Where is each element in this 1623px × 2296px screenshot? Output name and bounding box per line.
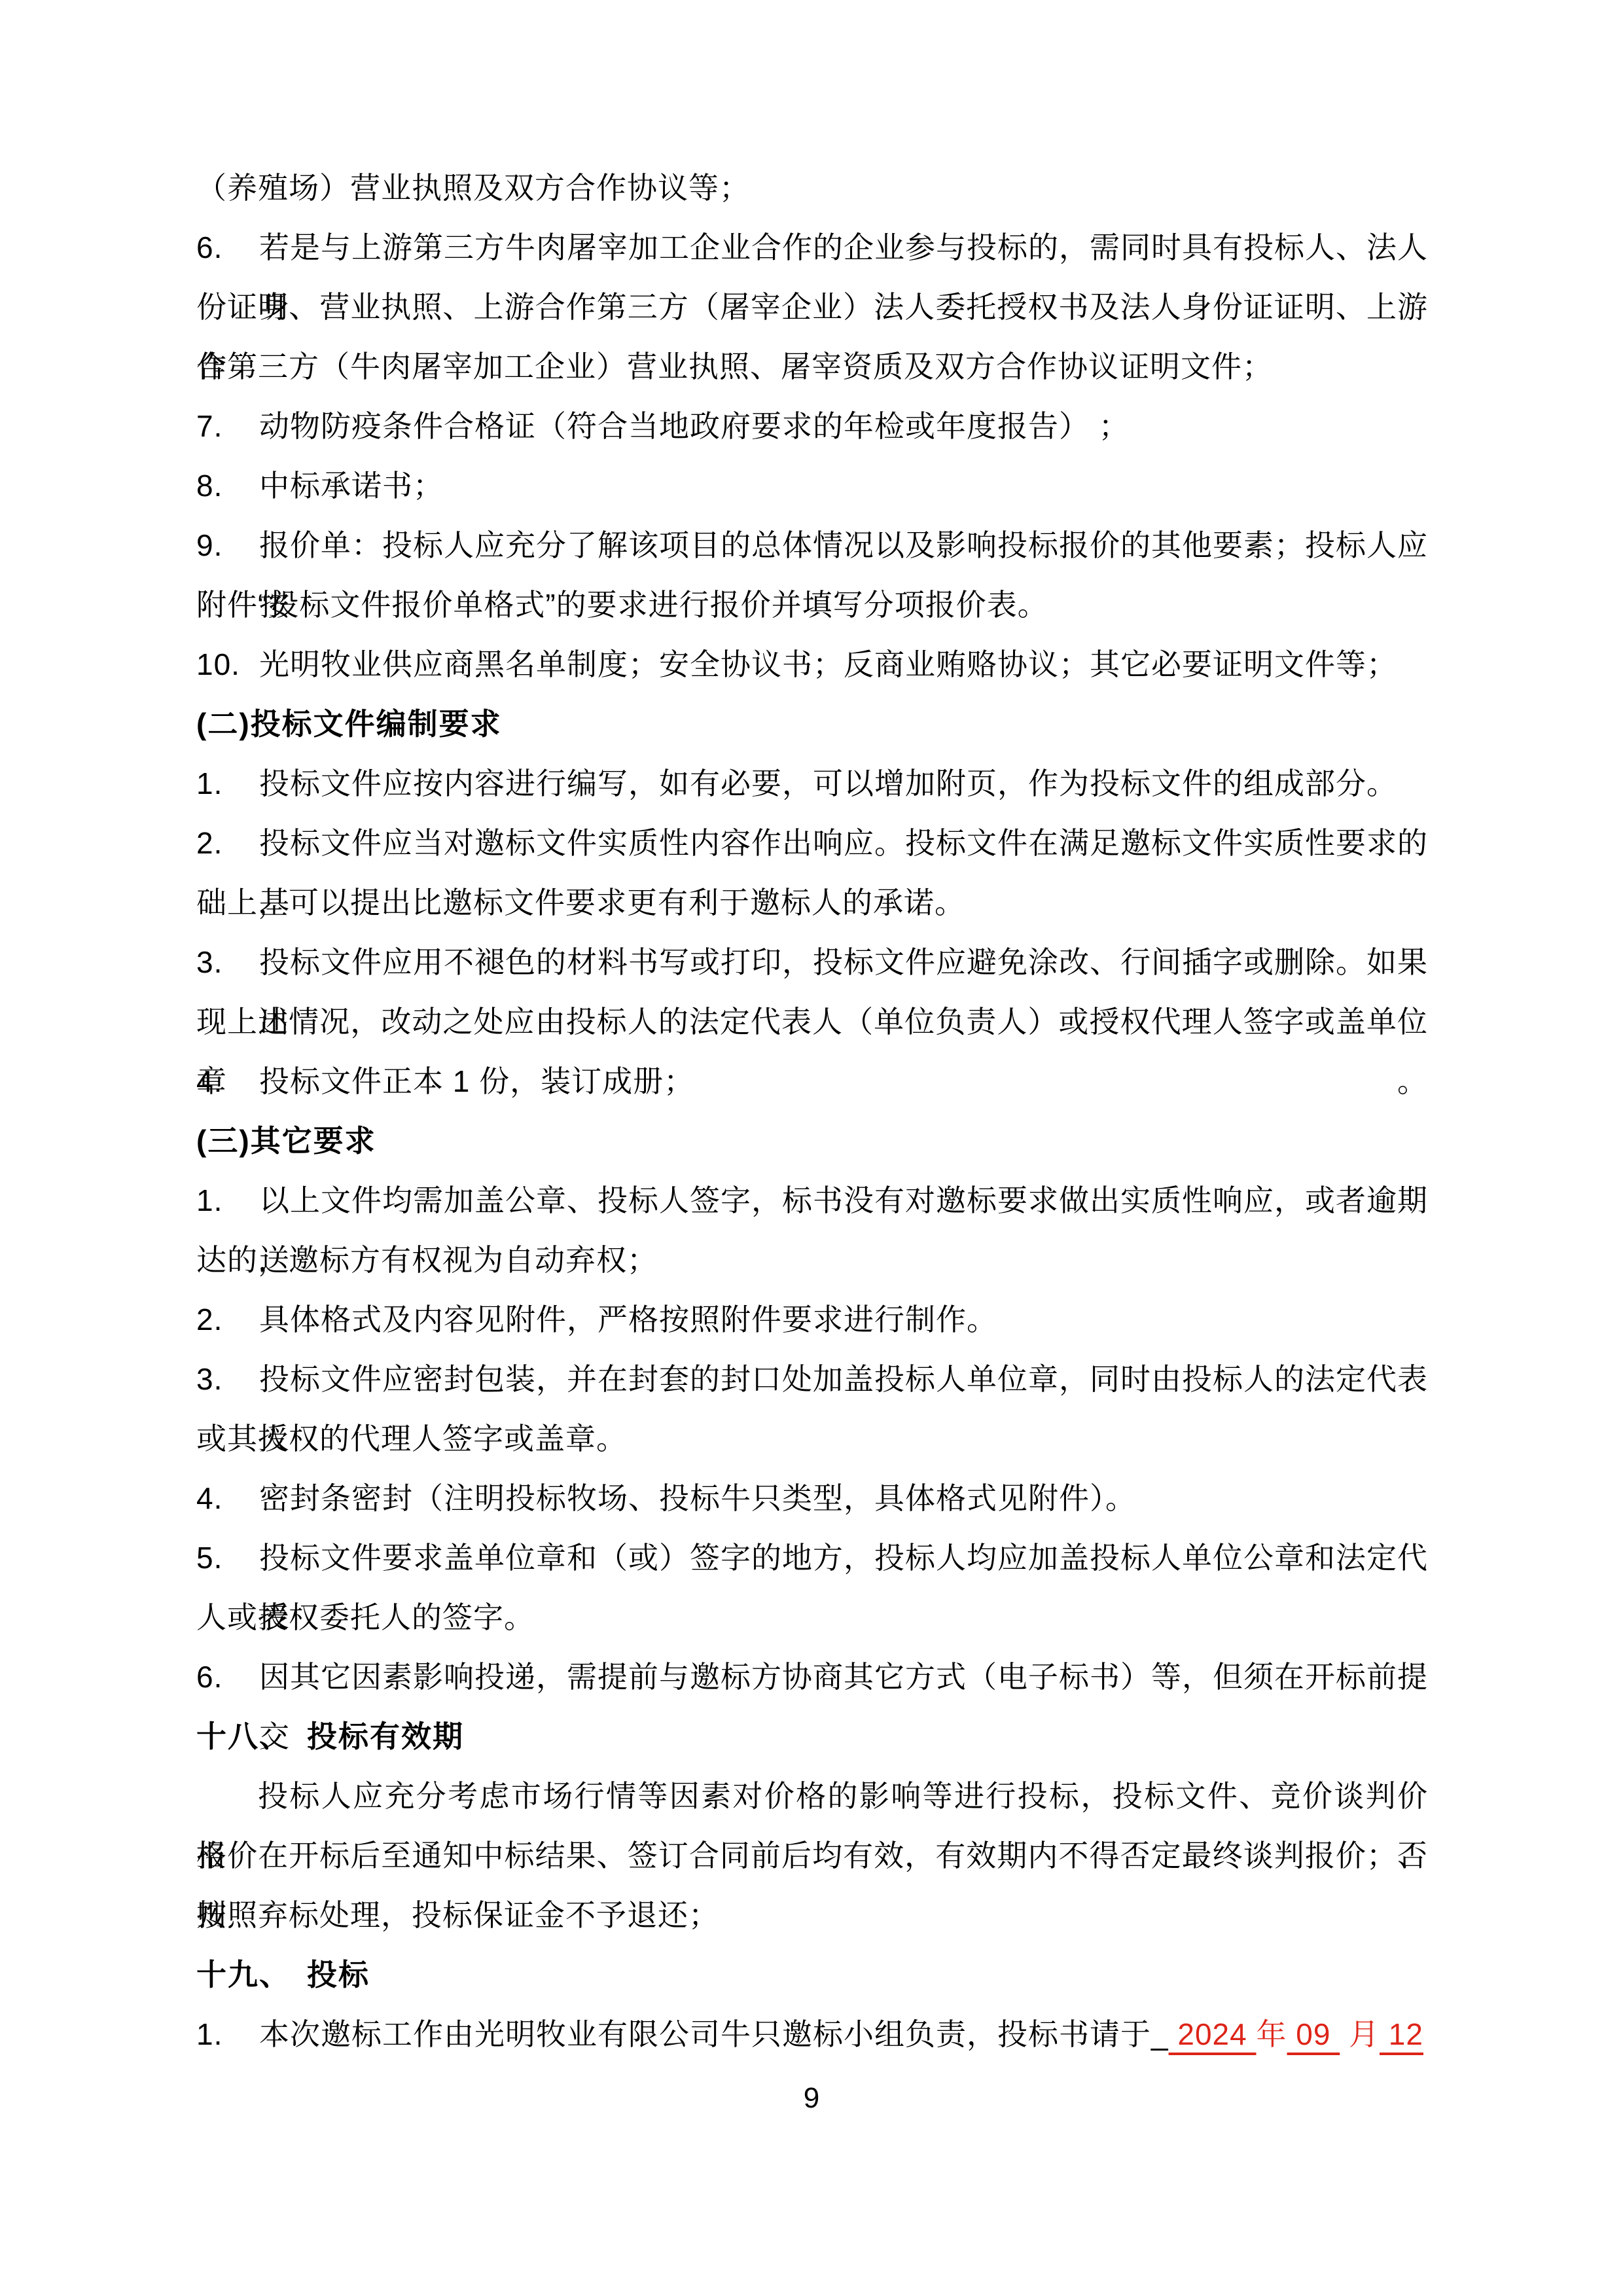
document-line: 或其授权的代理人签字或盖章。 [196, 1409, 1428, 1469]
line-text: 若是与上游第三方牛肉屠宰加工企业合作的企业参与投标的，需同时具有投标人、法人身 [259, 218, 1428, 278]
fill-in-date-segment: 09 [1287, 2017, 1340, 2051]
document-line: 3.投标文件应密封包装，并在封套的封口处加盖投标人单位章，同时由投标人的法定代表… [196, 1350, 1428, 1409]
line-text: 投标文件应密封包装，并在封套的封口处加盖投标人单位章，同时由投标人的法定代表人 [259, 1350, 1428, 1409]
line-text: 达的，邀标方有权视为自动弃权； [196, 1230, 1428, 1290]
line-text: 作第三方（牛肉屠宰加工企业）营业执照、屠宰资质及双方合作协议证明文件； [196, 337, 1428, 397]
document-line: 8.中标承诺书； [196, 456, 1428, 516]
list-number: 4. [196, 1052, 259, 1111]
document-line: 人或授权委托人的签字。 [196, 1588, 1428, 1647]
line-text: 按照弃标处理，投标保证金不予退还； [196, 1886, 1428, 1945]
document-page: （养殖场）营业执照及双方合作协议等；6.若是与上游第三方牛肉屠宰加工企业合作的企… [0, 0, 1623, 2296]
document-line: 2.投标文件应当对邀标文件实质性内容作出响应。投标文件在满足邀标文件实质性要求的… [196, 814, 1428, 873]
document-line: 10.光明牧业供应商黑名单制度；安全协议书；反商业贿赂协议；其它必要证明文件等； [196, 635, 1428, 694]
document-line: 6.因其它因素影响投递，需提前与邀标方协商其它方式（电子标书）等，但须在开标前提… [196, 1647, 1428, 1707]
document-line: 1.以上文件均需加盖公章、投标人签字，标书没有对邀标要求做出实质性响应，或者逾期… [196, 1171, 1428, 1230]
line-text: 中标承诺书； [259, 456, 1428, 516]
line-text: 动物防疫条件合格证（符合当地政府要求的年检或年度报告） ； [259, 397, 1428, 456]
document-line: 9.报价单：投标人应充分了解该项目的总体情况以及影响投标报价的其他要素；投标人应… [196, 516, 1428, 575]
line-text: 因其它因素影响投递，需提前与邀标方协商其它方式（电子标书）等，但须在开标前提交 [259, 1647, 1428, 1707]
list-number: 10. [196, 635, 259, 694]
document-line: 5.投标文件要求盖单位章和（或）签字的地方，投标人均应加盖投标人单位公章和法定代… [196, 1528, 1428, 1588]
list-number: 8. [196, 456, 259, 516]
fill-in-date-segment: 月 [1340, 2017, 1380, 2051]
line-text: 投标文件应用不褪色的材料书写或打印，投标文件应避免涂改、行间插字或删除。如果出 [259, 933, 1428, 992]
list-number: 5. [196, 1528, 259, 1588]
list-number: 2. [196, 814, 259, 873]
line-text: (二)投标文件编制要求 [196, 694, 1428, 754]
line-text: 报价单：投标人应充分了解该项目的总体情况以及影响投标报价的其他要素；投标人应按 [259, 516, 1428, 575]
list-number: 1. [196, 1171, 259, 1230]
list-number: 3. [196, 1350, 259, 1409]
document-line: 2.具体格式及内容见附件，严格按照附件要求进行制作。 [196, 1290, 1428, 1350]
document-line: 附件“投标文件报价单格式”的要求进行报价并填写分项报价表。 [196, 575, 1428, 635]
line-text: 投标文件应当对邀标文件实质性内容作出响应。投标文件在满足邀标文件实质性要求的基 [259, 814, 1428, 873]
list-number: 1. [196, 2005, 259, 2064]
list-number: 9. [196, 516, 259, 575]
line-text: （养殖场）营业执照及双方合作协议等； [196, 158, 1428, 218]
line-text: 投标文件应按内容进行编写，如有必要，可以增加附页，作为投标文件的组成部分。 [259, 754, 1428, 814]
line-text: 以上文件均需加盖公章、投标人签字，标书没有对邀标要求做出实质性响应，或者逾期送 [259, 1171, 1428, 1230]
section-heading: 十九、 投标 [196, 1945, 1428, 2005]
line-text: 投标文件正本 1 份，装订成册； [259, 1052, 1428, 1111]
document-line: 7.动物防疫条件合格证（符合当地政府要求的年检或年度报告） ； [196, 397, 1428, 456]
line-text: (三)其它要求 [196, 1111, 1428, 1171]
page-number: 9 [0, 2079, 1623, 2118]
list-number: 1. [196, 754, 259, 814]
document-line: 1.本次邀标工作由光明牧业有限公司牛只邀标小组负责，投标书请于_ 2024 年 … [196, 2005, 1428, 2064]
document-line: 4.投标文件正本 1 份，装订成册； [196, 1052, 1428, 1111]
line-text: 人或授权委托人的签字。 [196, 1588, 1428, 1647]
document-line: 按照弃标处理，投标保证金不予退还； [196, 1886, 1428, 1945]
line-text: 光明牧业供应商黑名单制度；安全协议书；反商业贿赂协议；其它必要证明文件等； [259, 635, 1428, 694]
document-line: 报价在开标后至通知中标结果、签订合同前后均有效，有效期内不得否定最终谈判报价；否… [196, 1826, 1428, 1886]
line-text: 投标文件要求盖单位章和（或）签字的地方，投标人均应加盖投标人单位公章和法定代表 [259, 1528, 1428, 1588]
fill-in-date-segment: 2024 [1169, 2017, 1257, 2051]
document-line: 份证明、营业执照、上游合作第三方（屠宰企业）法人委托授权书及法人身份证证明、上游… [196, 278, 1428, 337]
line-text: 报价在开标后至通知中标结果、签订合同前后均有效，有效期内不得否定最终谈判报价；否… [196, 1826, 1428, 1886]
section-heading: (三)其它要求 [196, 1111, 1428, 1171]
text-segment: 本次邀标工作由光明牧业有限公司牛只邀标小组负责，投标书请于 [259, 2017, 1151, 2051]
document-line: 3.投标文件应用不褪色的材料书写或打印，投标文件应避免涂改、行间插字或删除。如果… [196, 933, 1428, 992]
line-text: 或其授权的代理人签字或盖章。 [196, 1409, 1428, 1469]
document-line: 4.密封条密封（注明投标牧场、投标牛只类型，具体格式见附件）。 [196, 1469, 1428, 1528]
section-heading: 十八、 投标有效期 [196, 1707, 1428, 1767]
line-text: 密封条密封（注明投标牧场、投标牛只类型，具体格式见附件）。 [259, 1469, 1428, 1528]
list-number: 3. [196, 933, 259, 992]
line-text: 础上，可以提出比邀标文件要求更有利于邀标人的承诺。 [196, 873, 1428, 933]
line-text: 现上述情况，改动之处应由投标人的法定代表人（单位负责人）或授权代理人签字或盖单位… [196, 992, 1428, 1052]
line-text: 具体格式及内容见附件，严格按照附件要求进行制作。 [259, 1290, 1428, 1350]
document-content: （养殖场）营业执照及双方合作协议等；6.若是与上游第三方牛肉屠宰加工企业合作的企… [196, 158, 1428, 2064]
document-line: （养殖场）营业执照及双方合作协议等； [196, 158, 1428, 218]
line-text: 十八、 投标有效期 [196, 1707, 1428, 1767]
line-text: 份证明、营业执照、上游合作第三方（屠宰企业）法人委托授权书及法人身份证证明、上游… [196, 278, 1428, 337]
document-line: 1.投标文件应按内容进行编写，如有必要，可以增加附页，作为投标文件的组成部分。 [196, 754, 1428, 814]
fill-in-date-segment: 12 [1380, 2017, 1423, 2051]
document-line: 达的，邀标方有权视为自动弃权； [196, 1230, 1428, 1290]
document-line: 作第三方（牛肉屠宰加工企业）营业执照、屠宰资质及双方合作协议证明文件； [196, 337, 1428, 397]
document-line: 投标人应充分考虑市场行情等因素对价格的影响等进行投标，投标文件、竞价谈判价格、 [196, 1767, 1428, 1826]
list-number: 4. [196, 1469, 259, 1528]
fill-in-date-segment: 年 [1257, 2017, 1287, 2051]
list-number: 2. [196, 1290, 259, 1350]
document-line: 础上，可以提出比邀标文件要求更有利于邀标人的承诺。 [196, 873, 1428, 933]
line-text: 十九、 投标 [196, 1945, 1428, 2005]
line-text: 本次邀标工作由光明牧业有限公司牛只邀标小组负责，投标书请于_ 2024 年 09… [259, 2005, 1428, 2064]
text-segment: _ [1151, 2017, 1169, 2051]
section-heading: (二)投标文件编制要求 [196, 694, 1428, 754]
list-number: 7. [196, 397, 259, 456]
line-text: 附件“投标文件报价单格式”的要求进行报价并填写分项报价表。 [196, 575, 1428, 635]
list-number: 6. [196, 1647, 259, 1707]
line-text: 投标人应充分考虑市场行情等因素对价格的影响等进行投标，投标文件、竞价谈判价格、 [196, 1767, 1428, 1826]
document-line: 现上述情况，改动之处应由投标人的法定代表人（单位负责人）或授权代理人签字或盖单位… [196, 992, 1428, 1052]
list-number: 6. [196, 218, 259, 278]
document-line: 6.若是与上游第三方牛肉屠宰加工企业合作的企业参与投标的，需同时具有投标人、法人… [196, 218, 1428, 278]
